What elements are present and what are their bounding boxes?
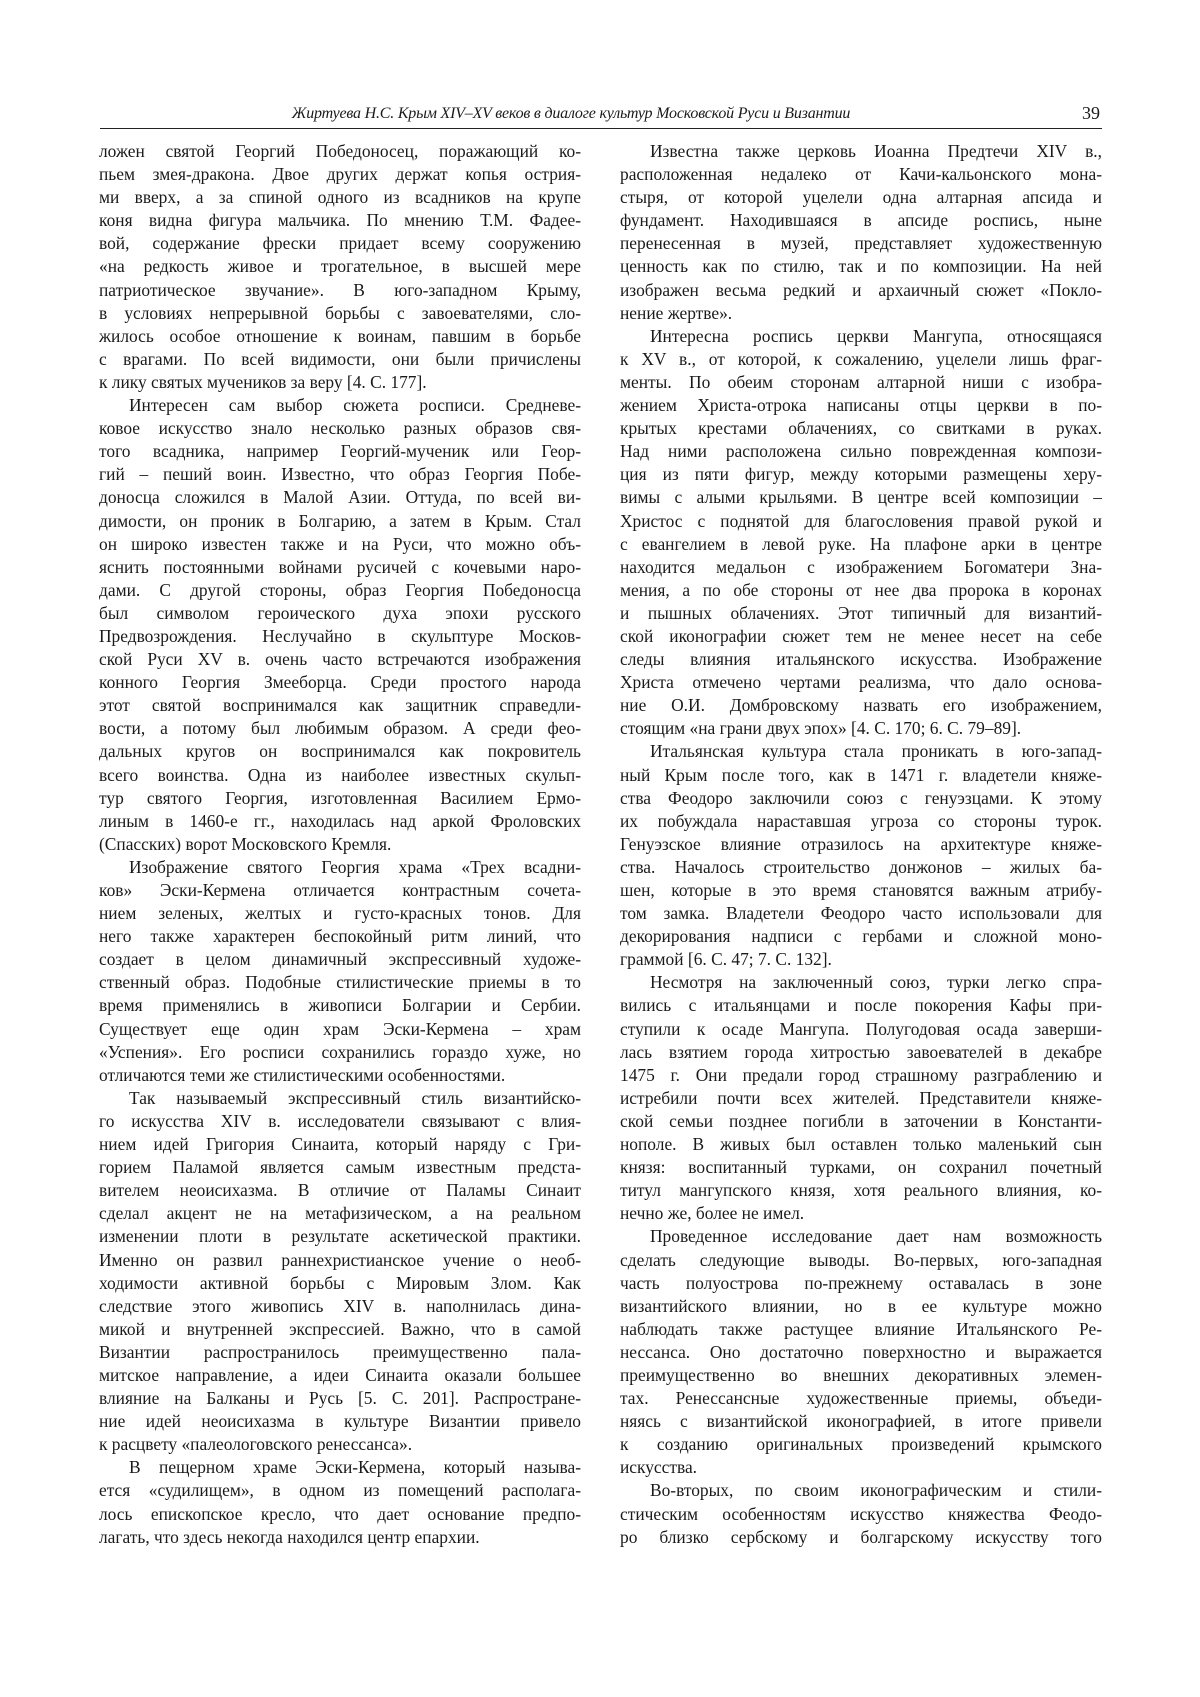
text-line: 1475 г. Они предали город страшному разг… (620, 1064, 1102, 1087)
text-line: пьем змея-дракона. Двое других держат ко… (99, 163, 581, 186)
text-line: тах. Ренессансные художественные приемы,… (620, 1387, 1102, 1410)
text-line: Генуэзское влияние отразилось на архитек… (620, 833, 1102, 856)
text-line: к расцвету «палеологовского ренессанса». (99, 1433, 581, 1456)
text-line: ложен святой Георгий Победоносец, поража… (99, 140, 581, 163)
text-line: Существует еще один храм Эски-Кермена – … (99, 1018, 581, 1041)
text-line: преимущественно во внешних декоративных … (620, 1364, 1102, 1387)
text-line: го искусства XIV в. исследователи связыв… (99, 1110, 581, 1133)
text-line: князя: воспитанный турками, он сохранил … (620, 1156, 1102, 1179)
text-line: жилось особое отношение к воинам, павшим… (99, 325, 581, 348)
text-line: нессанса. Оно достаточно поверхностно и … (620, 1341, 1102, 1364)
text-line: их побуждала нараставшая угроза со сторо… (620, 810, 1102, 833)
text-line: Несмотря на заключенный союз, турки легк… (620, 971, 1102, 994)
text-line: жением Христа-отрока написаны отцы церкв… (620, 394, 1102, 417)
text-line: перенесенная в музей, представляет худож… (620, 232, 1102, 255)
text-line: ства. Началось строительство донжонов – … (620, 856, 1102, 879)
text-line: ковое искусство знало несколько разных о… (99, 417, 581, 440)
paragraph: Изображение святого Георгия храма «Трех … (99, 856, 581, 1087)
text-line: был символом героического духа эпохи рус… (99, 602, 581, 625)
text-line: том замка. Владетели Феодоро часто испол… (620, 902, 1102, 925)
text-line: декорирования надписи с гербами и сложно… (620, 925, 1102, 948)
text-line: Византии распространилось преимущественн… (99, 1341, 581, 1364)
text-line: патриотическое звучание». В юго-западном… (99, 279, 581, 302)
text-line: в условиях непрерывной борьбы с завоеват… (99, 302, 581, 325)
text-line: микой и внутренней экспрессией. Важно, ч… (99, 1318, 581, 1341)
text-line: В пещерном храме Эски-Кермена, который н… (99, 1456, 581, 1479)
text-line: него также характерен беспокойный ритм л… (99, 925, 581, 948)
text-line: ние идей неоисихазма в культуре Византии… (99, 1410, 581, 1433)
text-line: нием идей Григория Синаита, который наря… (99, 1133, 581, 1156)
text-line: Интересна роспись церкви Мангупа, относя… (620, 325, 1102, 348)
text-line: ние О.И. Домбровскому назвать его изобра… (620, 694, 1102, 717)
paragraph: Так называемый экспрессивный стиль визан… (99, 1087, 581, 1457)
text-line: линым в 1460-е гг., находилась над аркой… (99, 810, 581, 833)
text-line: стоящим «на грани двух эпох» [4. С. 170;… (620, 717, 1102, 740)
text-line: того всадника, например Георгий-мученик … (99, 440, 581, 463)
text-line: ков» Эски-Кермена отличается контрастным… (99, 879, 581, 902)
text-line: лось епископское кресло, что дает основа… (99, 1503, 581, 1526)
text-line: Во-вторых, по своим иконографическим и с… (620, 1479, 1102, 1502)
text-line: истребили почти всех жителей. Представит… (620, 1087, 1102, 1110)
text-line: лась взятием города хитростью завоевател… (620, 1041, 1102, 1064)
paragraph: ложен святой Георгий Победоносец, поража… (99, 140, 581, 394)
text-line: находится медальон с изображением Богома… (620, 556, 1102, 579)
text-line: расположенная недалеко от Качи-кальонско… (620, 163, 1102, 186)
text-line: Известна также церковь Иоанна Предтечи X… (620, 140, 1102, 163)
text-line: вились с итальянцами и после покорения К… (620, 994, 1102, 1017)
text-line: Предвозрождения. Неслучайно в скульптуре… (99, 625, 581, 648)
text-line: Так называемый экспрессивный стиль визан… (99, 1087, 581, 1110)
paragraph: Известна также церковь Иоанна Предтечи X… (620, 140, 1102, 325)
text-line: часть полуострова по-прежнему оставалась… (620, 1272, 1102, 1295)
text-line: Проведенное исследование дает нам возмож… (620, 1225, 1102, 1248)
text-line: всего воинства. Одна из наиболее известн… (99, 764, 581, 787)
text-line: вости, а потому был любимым образом. А с… (99, 717, 581, 740)
text-line: ется «судилищем», в одном из помещений р… (99, 1479, 581, 1502)
text-line: время применялись в живописи Болгарии и … (99, 994, 581, 1017)
text-line: ро близко сербскому и болгарскому искусс… (620, 1526, 1102, 1549)
text-line: следы влияния итальянского искусства. Из… (620, 648, 1102, 671)
text-line: к XV в., от которой, к сожалению, уцелел… (620, 348, 1102, 371)
text-line: гий – пеший воин. Известно, что образ Ге… (99, 463, 581, 486)
text-line: ской иконографии сюжет тем не менее несе… (620, 625, 1102, 648)
text-line: сделал акцент не на метафизическом, а на… (99, 1202, 581, 1225)
text-line: лагать, что здесь некогда находился цент… (99, 1526, 581, 1549)
text-line: ценность как по стилю, так и по композиц… (620, 255, 1102, 278)
text-line: менты. По обеим сторонам алтарной ниши с… (620, 371, 1102, 394)
paragraph: Проведенное исследование дает нам возмож… (620, 1225, 1102, 1479)
running-title: Жиртуева Н.С. Крым XIV–XV веков в диалог… (100, 104, 1042, 124)
text-line: димости, он проник в Болгарию, а затем в… (99, 510, 581, 533)
text-line: Над ними расположена сильно поврежденная… (620, 440, 1102, 463)
text-line: изображен весьма редкий и архаичный сюже… (620, 279, 1102, 302)
text-line: яснить постоянными войнами русичей с коч… (99, 556, 581, 579)
text-line: митское направление, а идеи Синаита оказ… (99, 1364, 581, 1387)
text-line: создает в целом динамичный экспрессивный… (99, 948, 581, 971)
text-line: тур святого Георгия, изготовленная Васил… (99, 787, 581, 810)
text-line: ция из пяти фигур, между которыми размещ… (620, 463, 1102, 486)
text-line: конного Георгия Змееборца. Среди простог… (99, 671, 581, 694)
right-column: Известна также церковь Иоанна Предтечи X… (620, 140, 1102, 1549)
text-line: нечно же, более не имел. (620, 1202, 1102, 1225)
paragraph: Во-вторых, по своим иконографическим и с… (620, 1479, 1102, 1548)
text-line: ской Руси XV в. очень часто встречаются … (99, 648, 581, 671)
text-line: следствие этого живопись XIV в. наполнил… (99, 1295, 581, 1318)
text-line: ходимости активной борьбы с Мировым Злом… (99, 1272, 581, 1295)
paragraph: Интересна роспись церкви Мангупа, относя… (620, 325, 1102, 741)
text-line: он широко известен также и на Руси, что … (99, 533, 581, 556)
text-line: с врагами. По всей видимости, они были п… (99, 348, 581, 371)
text-line: няясь с византийской иконографией, в ито… (620, 1410, 1102, 1433)
paragraph: Несмотря на заключенный союз, турки легк… (620, 971, 1102, 1225)
text-line: стыря, от которой уцелели одна алтарная … (620, 186, 1102, 209)
text-line: влияние на Балканы и Русь [5. С. 201]. Р… (99, 1387, 581, 1410)
text-line: Христос с поднятой для благословения пра… (620, 510, 1102, 533)
text-line: изменении плоти в результате аскетическо… (99, 1225, 581, 1248)
paragraph: Интересен сам выбор сюжета росписи. Сред… (99, 394, 581, 856)
text-line: граммой [6. С. 47; 7. С. 132]. (620, 948, 1102, 971)
text-line: с евангелием в левой руке. На плафоне ар… (620, 533, 1102, 556)
text-line: «Успения». Его росписи сохранились гораз… (99, 1041, 581, 1064)
text-line: горием Паламой является самым известным … (99, 1156, 581, 1179)
text-line: ный Крым после того, как в 1471 г. владе… (620, 764, 1102, 787)
page-header: Жиртуева Н.С. Крым XIV–XV веков в диалог… (100, 104, 1102, 129)
text-line: искусства. (620, 1456, 1102, 1479)
text-line: вой, содержание фрески придает всему соо… (99, 232, 581, 255)
text-line: Именно он развил раннехристианское учени… (99, 1249, 581, 1272)
text-line: нополе. В живых был оставлен только мале… (620, 1133, 1102, 1156)
text-line: коня видна фигура мальчика. По мнению Т.… (99, 209, 581, 232)
text-line: нием зеленых, желтых и густо-красных тон… (99, 902, 581, 925)
text-line: титул мангупского князя, хотя реального … (620, 1179, 1102, 1202)
text-line: вителем неоисихазма. В отличие от Паламы… (99, 1179, 581, 1202)
text-line: наблюдать также растущее влияние Итальян… (620, 1318, 1102, 1341)
text-line: к лику святых мучеников за веру [4. С. 1… (99, 371, 581, 394)
text-line: стическим особенностям искусство княжест… (620, 1503, 1102, 1526)
text-line: «на редкость живое и трогательное, в выс… (99, 255, 581, 278)
text-line: крытых крестами облачениях, со свитками … (620, 417, 1102, 440)
text-line: Интересен сам выбор сюжета росписи. Сред… (99, 394, 581, 417)
text-line: фундамент. Находившаяся в апсиде роспись… (620, 209, 1102, 232)
text-line: Христа отмечено чертами реализма, что да… (620, 671, 1102, 694)
text-line: ми вверх, а за спиной одного из всаднико… (99, 186, 581, 209)
page-number: 39 (1082, 102, 1100, 124)
text-line: дами. С другой стороны, образ Георгия По… (99, 579, 581, 602)
text-line: доносца сложился в Малой Азии. Оттуда, п… (99, 486, 581, 509)
left-column: ложен святой Георгий Победоносец, поража… (99, 140, 581, 1549)
text-line: и пышных облачениях. Этот типичный для в… (620, 602, 1102, 625)
text-line: отличаются теми же стилистическими особе… (99, 1064, 581, 1087)
text-line: мения, а по обе стороны от нее два проро… (620, 579, 1102, 602)
text-line: шен, которые в это время становятся важн… (620, 879, 1102, 902)
text-line: (Спасских) ворот Московского Кремля. (99, 833, 581, 856)
text-line: нение жертве». (620, 302, 1102, 325)
text-line: Итальянская культура стала проникать в ю… (620, 740, 1102, 763)
text-line: дальных кругов он воспринимался как покр… (99, 740, 581, 763)
text-line: к созданию оригинальных произведений кры… (620, 1433, 1102, 1456)
text-line: ства Феодоро заключили союз с генуэзцами… (620, 787, 1102, 810)
text-line: сделать следующие выводы. Во-первых, юго… (620, 1249, 1102, 1272)
paragraph: В пещерном храме Эски-Кермена, который н… (99, 1456, 581, 1548)
text-line: Изображение святого Георгия храма «Трех … (99, 856, 581, 879)
text-line: этот святой воспринимался как защитник с… (99, 694, 581, 717)
text-line: ступили к осаде Мангупа. Полугодовая оса… (620, 1018, 1102, 1041)
paragraph: Итальянская культура стала проникать в ю… (620, 740, 1102, 971)
text-line: ской семьи позднее погибли в заточении в… (620, 1110, 1102, 1133)
text-line: вимы с алыми крыльями. В центре всей ком… (620, 486, 1102, 509)
text-line: византийского влиянии, но в ее культуре … (620, 1295, 1102, 1318)
text-line: ственный образ. Подобные стилистические … (99, 971, 581, 994)
